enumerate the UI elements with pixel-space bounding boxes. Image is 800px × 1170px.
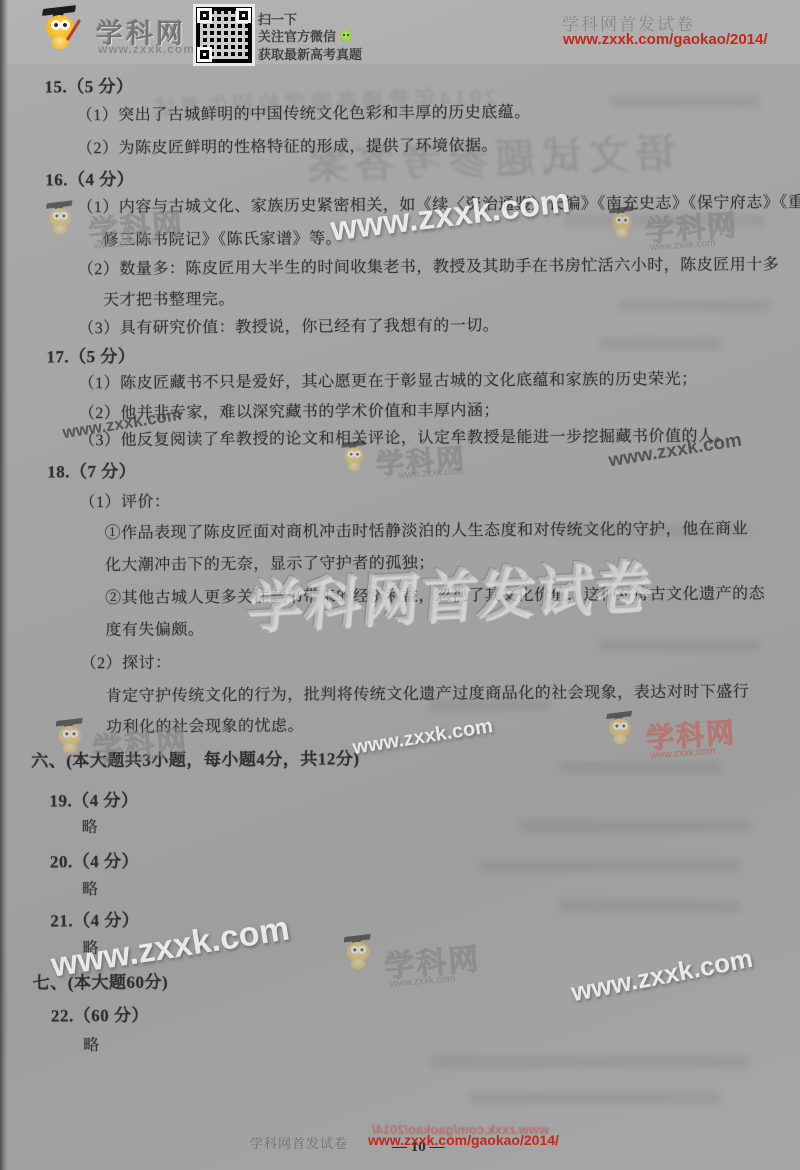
owl-logo-icon <box>42 6 78 52</box>
wechat-smiley-icon <box>340 30 352 42</box>
answer-item-number: 15.（5 分） <box>44 72 133 98</box>
answer-text-line: （2）为陈皮匠鲜明的性格特征的形成，提供了环境依据。 <box>77 132 498 158</box>
scanned-exam-answer-page: 学科网 www.zxxk.com 扫一下 关注官方微信 获取最新高考真题 学科网… <box>0 0 800 1170</box>
answer-text-line: 肯定守护传统文化的行为，批判将传统文化遗产过度商品化的社会现象，表达对时下盛行 <box>106 679 750 706</box>
answer-item-number: 20.（4 分） <box>50 847 139 873</box>
qr-caption-line: 获取最新高考真题 <box>258 44 362 63</box>
answer-text-line: 天才把书整理完。 <box>103 286 235 310</box>
answer-text-line: 略 <box>83 1032 100 1055</box>
answer-item-number: 22.（60 分） <box>51 1001 149 1027</box>
answer-text-line: 度有失偏颇。 <box>105 616 204 640</box>
footer-url: www.zxxk.com/gaokao/2014/ <box>368 1132 559 1148</box>
answer-text-line: 略 <box>82 876 99 899</box>
answer-text-line: （2）探讨： <box>80 650 171 674</box>
answer-text-line: ①作品表现了陈皮匠面对商机冲击时恬静淡泊的人生态度和对传统文化的守护，他在商业 <box>105 516 749 543</box>
answer-text-line: 略 <box>82 814 99 837</box>
answer-item-number: 21.（4 分） <box>50 906 139 932</box>
qr-caption-line: 关注官方微信 <box>258 26 352 45</box>
answer-item-number: 18.（7 分） <box>47 457 136 483</box>
answer-item-number: 17.（5 分） <box>46 342 135 368</box>
answer-text-line: （3）具有研究价值：教授说，你已经有了我想有的一切。 <box>78 312 499 338</box>
answer-text-line: （1）突出了古城鲜明的中国传统文化色彩和丰厚的历史底蕴。 <box>77 99 531 125</box>
footer-label: 学科网首发试卷 <box>250 1133 348 1152</box>
answer-text-line: （1）评价： <box>79 489 170 513</box>
answer-item-number: 19.（4 分） <box>49 786 138 812</box>
page-header: 学科网 www.zxxk.com 扫一下 关注官方微信 获取最新高考真题 学科网… <box>0 0 800 64</box>
answer-text-line: （2）数量多：陈皮匠用大半生的时间收集老书，教授及其助手在书房忙活六小时，陈皮匠… <box>78 251 780 279</box>
answer-item-number: 六、(本大题共3小题，每小题4分，共12分) <box>31 744 359 771</box>
brand-url: www.zxxk.com <box>98 42 195 56</box>
qr-code <box>193 4 255 66</box>
answer-text-line: （1）陈皮匠藏书不只是爱好，其心愿更在于彰显古城的文化底蕴和家族的历史荣光； <box>78 366 697 393</box>
answer-item-number: 16.（4 分） <box>45 165 134 191</box>
scan-edge-shadow <box>0 0 8 1170</box>
release-url: www.zxxk.com/gaokao/2014/ <box>563 31 768 48</box>
qr-caption-text: 关注官方微信 <box>258 29 336 44</box>
